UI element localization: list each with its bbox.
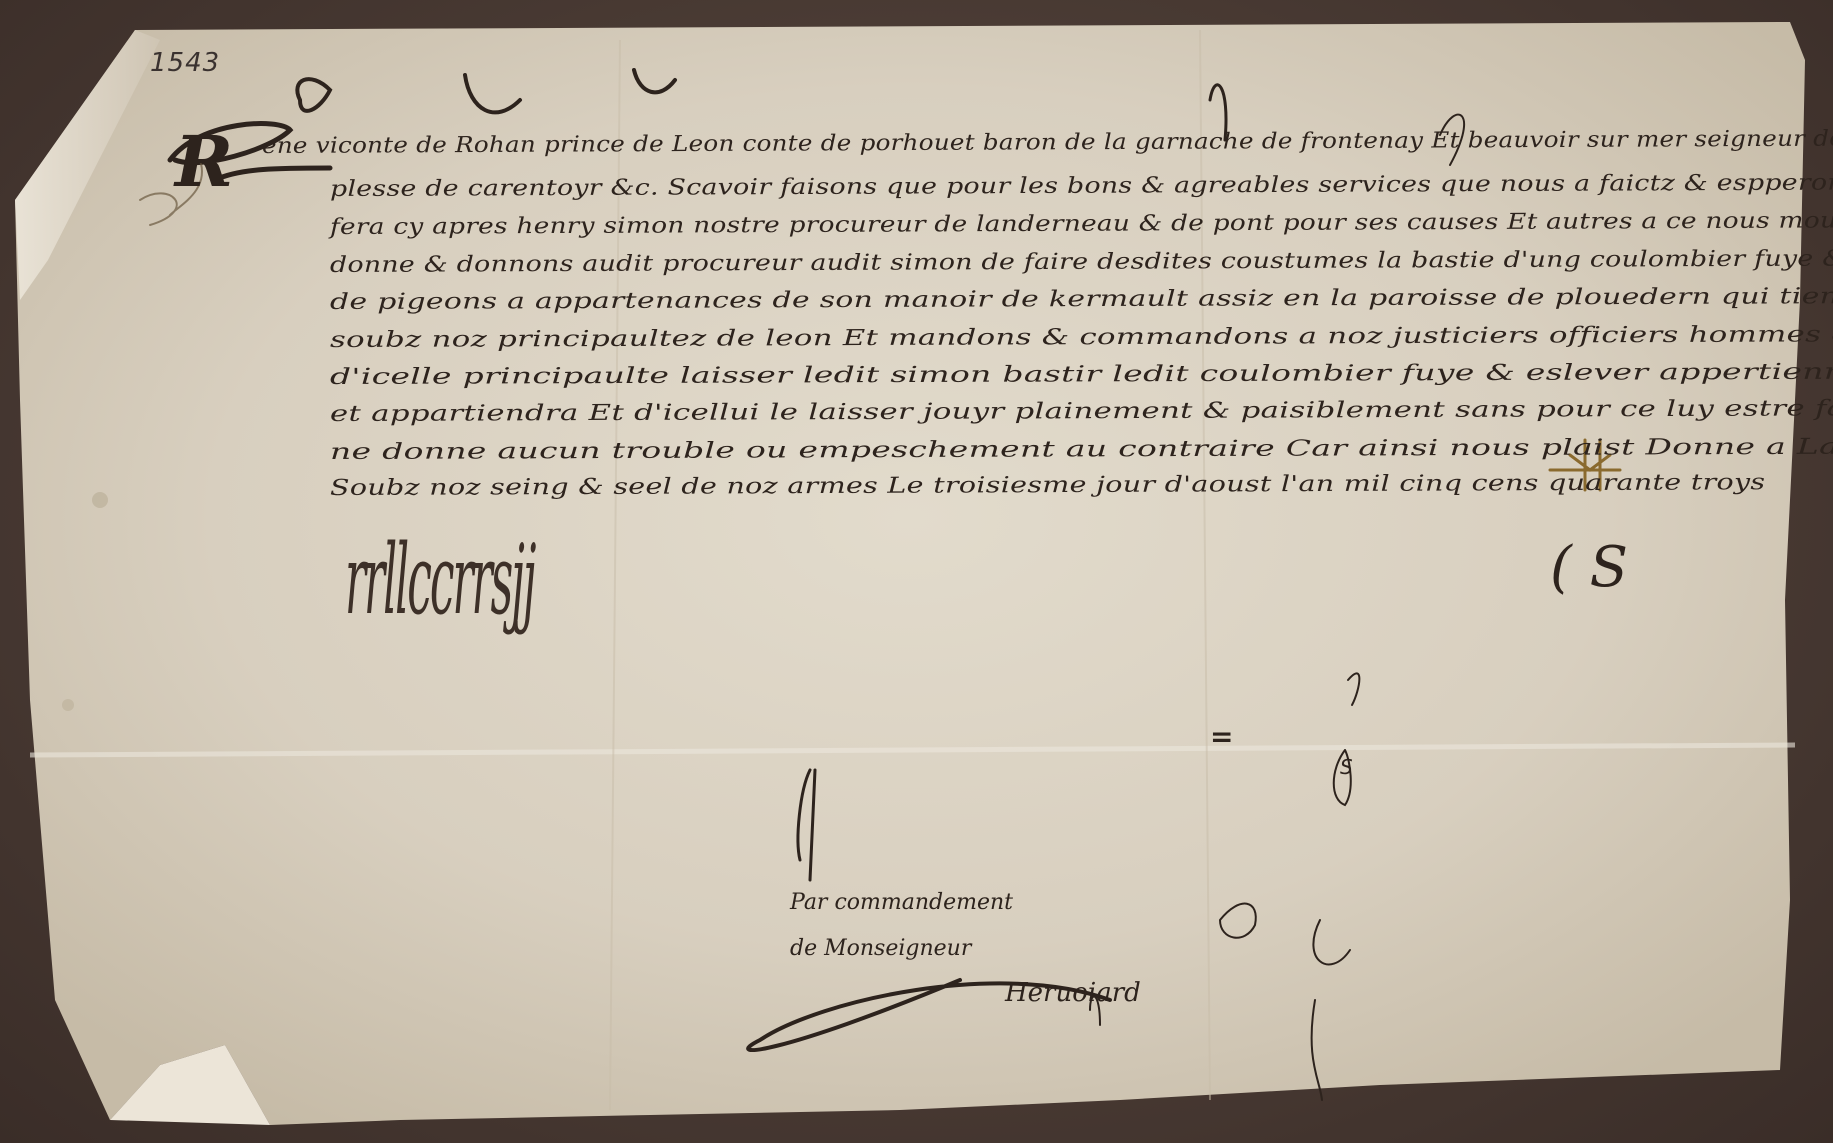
secretary-signature: Heruoiard bbox=[1005, 978, 1141, 1008]
countersignature-line-1: Par commandement bbox=[790, 880, 1013, 926]
manuscript-text: 1543 R ene viconte de Rohan prince de Le… bbox=[0, 0, 1833, 1143]
opening-initial: R bbox=[175, 120, 233, 203]
visa-mark: rrllccrrsjj bbox=[345, 525, 534, 637]
body-line-7: d'icelle principaulte laisser ledit simo… bbox=[330, 360, 1833, 390]
margin-mark-equals: = bbox=[1210, 720, 1233, 753]
margin-mark-s: S bbox=[1340, 755, 1353, 779]
countersignature-block: Par commandement de Monseigneur bbox=[790, 880, 1013, 972]
body-line-9: ne donne aucun trouble ou empeschement a… bbox=[330, 434, 1833, 465]
date-mark: ( S bbox=[1550, 535, 1628, 600]
countersignature-line-2: de Monseigneur bbox=[790, 926, 1013, 972]
